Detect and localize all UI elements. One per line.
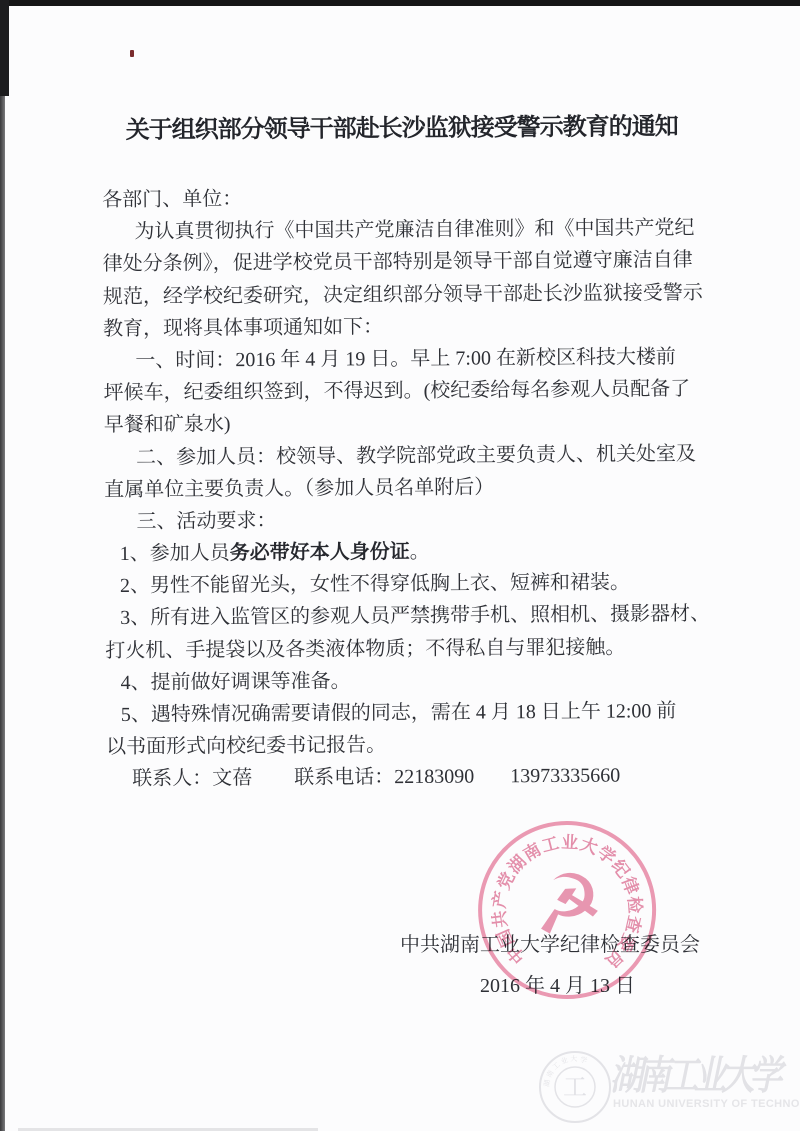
watermark-university-name-cn: 湖南工业大学 bbox=[610, 1050, 777, 1102]
requirement-item-4: 4、提前做好调课等准备。 bbox=[105, 663, 705, 699]
scan-edge-corner bbox=[0, 0, 9, 96]
requirement-item-1-bold: 务必带好本人身份证 bbox=[230, 541, 410, 564]
contact-phone-mobile: 13973335660 bbox=[510, 765, 620, 788]
notice-title: 关于组织部分领导干部赴长沙监狱接受警示教育的通知 bbox=[102, 110, 702, 148]
paragraph-1-line: 教育，现将具体事项通知如下： bbox=[103, 309, 703, 345]
requirement-item-5-line: 5、遇特殊情况确需要请假的同志，需在 4 月 18 日上午 12:00 前 bbox=[106, 695, 706, 731]
paragraph-1-line: 为认真贯彻执行《中国共产党廉洁自律准则》和《中国共产党纪 bbox=[102, 212, 702, 248]
scan-edge-left bbox=[0, 0, 5, 1131]
scanned-notice-page: 关于组织部分领导干部赴长沙监狱接受警示教育的通知 各部门、单位： 为认真贯彻执行… bbox=[0, 0, 800, 1131]
requirement-item-2: 2、男性不能留光头，女性不得穿低胸上衣、短裤和裙装。 bbox=[105, 566, 705, 602]
contact-line: 联系人：文蓓联系电话：2218309013973335660 bbox=[106, 759, 706, 795]
section-1-time-line: 早餐和矿泉水) bbox=[104, 405, 704, 441]
requirement-item-3-line: 打火机、手提袋以及各类液体物质；不得私自与罪犯接触。 bbox=[105, 631, 705, 667]
section-1-time-line: 坪候车，纪委组织签到，不得迟到。(校纪委给每名参观人员配备了 bbox=[103, 373, 703, 409]
official-seal-stamp: 中国共产党湖南工业大学纪律检查委员会 ☭ bbox=[465, 809, 669, 1013]
section-3-requirements-heading: 三、活动要求： bbox=[104, 502, 704, 538]
hammer-sickle-icon: ☭ bbox=[527, 854, 608, 954]
contact-person: 联系人：文蓓 bbox=[132, 767, 252, 790]
scan-edge-top bbox=[0, 0, 800, 6]
contact-phone: 联系电话：22183090 bbox=[294, 766, 474, 789]
requirement-item-1-text: 1、参加人员 bbox=[120, 542, 230, 565]
ink-dot bbox=[130, 50, 134, 57]
notice-document: 关于组织部分领导干部赴长沙监狱接受警示教育的通知 各部门、单位： 为认真贯彻执行… bbox=[102, 110, 707, 796]
requirement-item-5-line: 以书面形式向校纪委书记报告。 bbox=[106, 727, 706, 763]
paragraph-1-line: 规范，经学校纪委研究，决定组织部分领导干部赴长沙监狱接受警示 bbox=[103, 276, 703, 312]
section-2-participants-line: 二、参加人员：校领导、教学院部党政主要负责人、机关处室及 bbox=[104, 437, 704, 473]
university-logo-seal: 湖南工业大学 工 bbox=[537, 1049, 613, 1125]
section-1-time-line: 一、时间：2016 年 4 月 19 日。早上 7:00 在新校区科技大楼前 bbox=[103, 341, 703, 377]
salutation: 各部门、单位： bbox=[102, 180, 702, 216]
requirement-item-3-line: 3、所有进入监管区的参观人员严禁携带手机、照相机、摄影器材、 bbox=[105, 598, 705, 634]
requirement-item-1: 1、参加人员务必带好本人身份证。 bbox=[105, 534, 705, 570]
notice-body: 各部门、单位： 为认真贯彻执行《中国共产党廉洁自律准则》和《中国共产党纪 律处分… bbox=[102, 180, 706, 796]
watermark-university-name-en: HUNAN UNIVERSITY OF TECHNOLOGY bbox=[613, 1098, 800, 1110]
paragraph-1-line: 律处分条例》，促进学校党员干部特别是领导干部自觉遵守廉洁自律 bbox=[103, 244, 703, 280]
requirement-item-1-period: 。 bbox=[410, 541, 430, 563]
logo-center-glyph: 工 bbox=[563, 1073, 587, 1101]
section-2-participants-line: 直属单位主要负责人。（参加人员名单附后） bbox=[104, 470, 704, 506]
